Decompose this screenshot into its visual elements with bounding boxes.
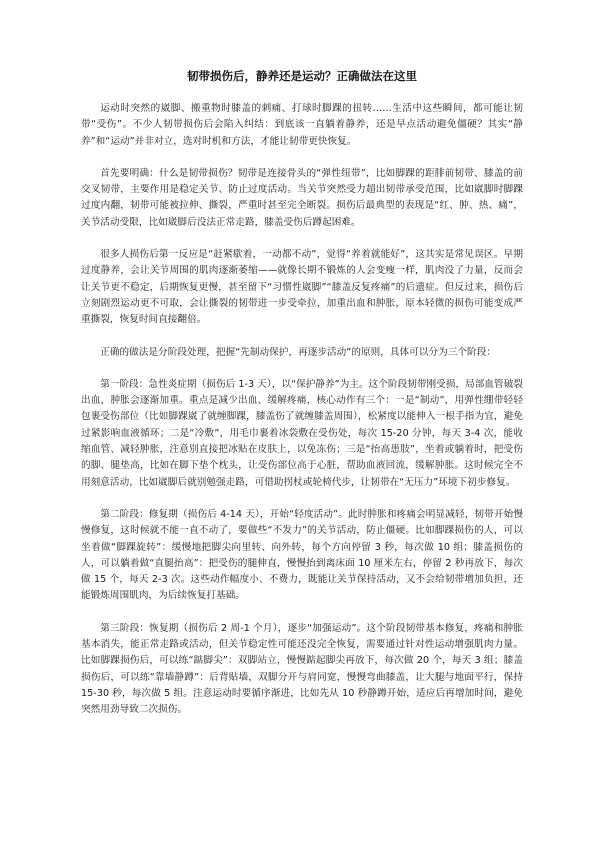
document-title: 韧带损伤后，静养还是运动？正确做法在这里 <box>81 68 523 84</box>
paragraph-stage-two: 第二阶段：修复期（损伤后 4-14 天），开始“轻度活动”。此时肿胀和疼痛会明显… <box>81 507 523 605</box>
document-page: 韧带损伤后，静养还是运动？正确做法在这里 运动时突然的崴脚、搬重物时膝盖的刺痛、… <box>81 68 523 735</box>
paragraph-principle: 正确的做法是分阶段处理，把握“先制动保护，再逐步活动”的原则，具体可以分为三个阶… <box>81 345 523 361</box>
paragraph-definition: 首先要明确：什么是韧带损伤？韧带是连接骨头的“弹性纽带”，比如脚踝的距腓前韧带、… <box>81 166 523 231</box>
paragraph-stage-three: 第三阶段：恢复期（损伤后 2 周-1 个月），逐步“加强运动”。这个阶段韧带基本… <box>81 621 523 719</box>
paragraph-misconception: 很多人损伤后第一反应是“赶紧歇着，一动都不动”，觉得“养着就能好”，这其实是常见… <box>81 247 523 328</box>
paragraph-stage-one: 第一阶段：急性炎症期（损伤后 1-3 天），以“保护静养”为主。这个阶段韧带刚受… <box>81 377 523 491</box>
paragraph-intro: 运动时突然的崴脚、搬重物时膝盖的刺痛、打球时脚踝的扭转……生活中这些瞬间，都可能… <box>81 101 523 150</box>
